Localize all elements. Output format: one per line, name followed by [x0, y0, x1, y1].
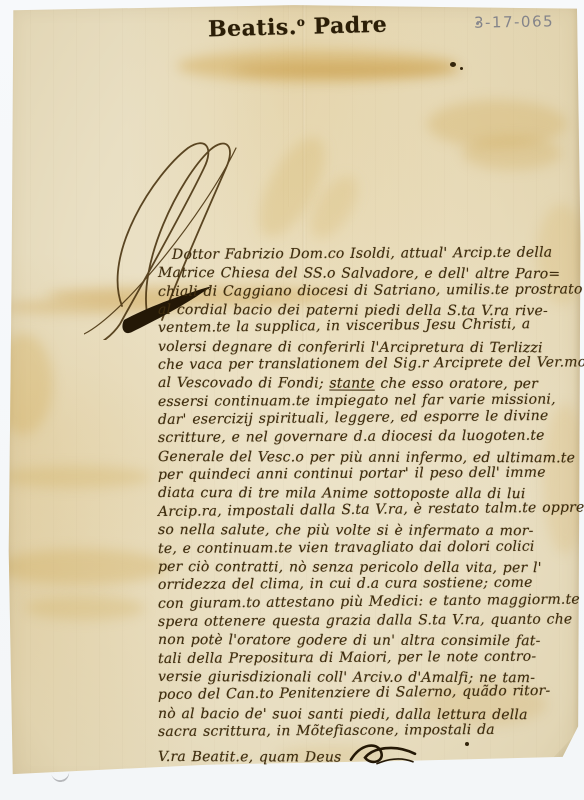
- scanned-manuscript: Beatis.o Padre 3-17-065 Dottor Fabrizio …: [0, 0, 584, 800]
- text-line: per quindeci anni continui portar' il pe…: [158, 464, 572, 485]
- ink-blot: [347, 768, 350, 771]
- text-line: te, e continuam.te vien travagliato dai …: [158, 537, 572, 558]
- stain: [462, 136, 562, 170]
- text-line: scritture, e nel governare d.a diocesi d…: [158, 427, 572, 448]
- stain: [1, 466, 151, 488]
- text-line: sacra scrittura, in Mõtefiascone, impost…: [158, 720, 572, 741]
- text-line: tali della Prepositura di Maiori, per le…: [158, 647, 572, 668]
- text-line: Arcip.ra, impostali dalla S.ta V.ra, è r…: [158, 498, 572, 521]
- stain: [427, 100, 567, 148]
- stain: [0, 549, 167, 585]
- stain: [0, 334, 53, 434]
- salutation-pre: Beatis.: [208, 14, 298, 42]
- ink-blot: [450, 62, 456, 67]
- text-line: che vaca per translationem del Sig.r Arc…: [158, 354, 572, 375]
- archival-catalog-number: 3-17-065: [474, 12, 554, 31]
- pencil-check-mark: [51, 771, 70, 784]
- stain: [246, 128, 338, 247]
- ink-blot: [460, 67, 463, 70]
- text-line: chiali di Caggiano diocesi di Satriano, …: [158, 280, 572, 301]
- letter-body: Dottor Fabrizio Dom.co Isoldi, attual' A…: [158, 246, 572, 767]
- text-line: spera ottenere questa grazia dalla S.ta …: [158, 610, 572, 631]
- closing-flourish: [347, 742, 421, 768]
- stain: [232, 64, 462, 76]
- text-segment: al Vescovado di Fondi;: [158, 375, 329, 392]
- stain: [177, 50, 457, 82]
- closing-text: V.ra Beatit.e, quam Deus: [158, 749, 342, 766]
- text-line: Dottor Fabrizio Dom.co Isoldi, attual' A…: [158, 243, 572, 264]
- closing-line: V.ra Beatit.e, quam Deus: [158, 741, 572, 768]
- stain: [25, 596, 145, 620]
- text-line: con giuram.to attestano più Medici: e ta…: [158, 590, 572, 613]
- text-line: ventem.te la supplica, in visceribus Jes…: [158, 315, 572, 338]
- underlined-word: stante: [329, 376, 374, 392]
- salutation-post: Padre: [305, 12, 387, 40]
- text-line: poco del Can.to Penitenziere di Salerno,…: [158, 682, 572, 705]
- salutation-header: Beatis.o Padre: [208, 12, 388, 43]
- stain: [301, 168, 367, 245]
